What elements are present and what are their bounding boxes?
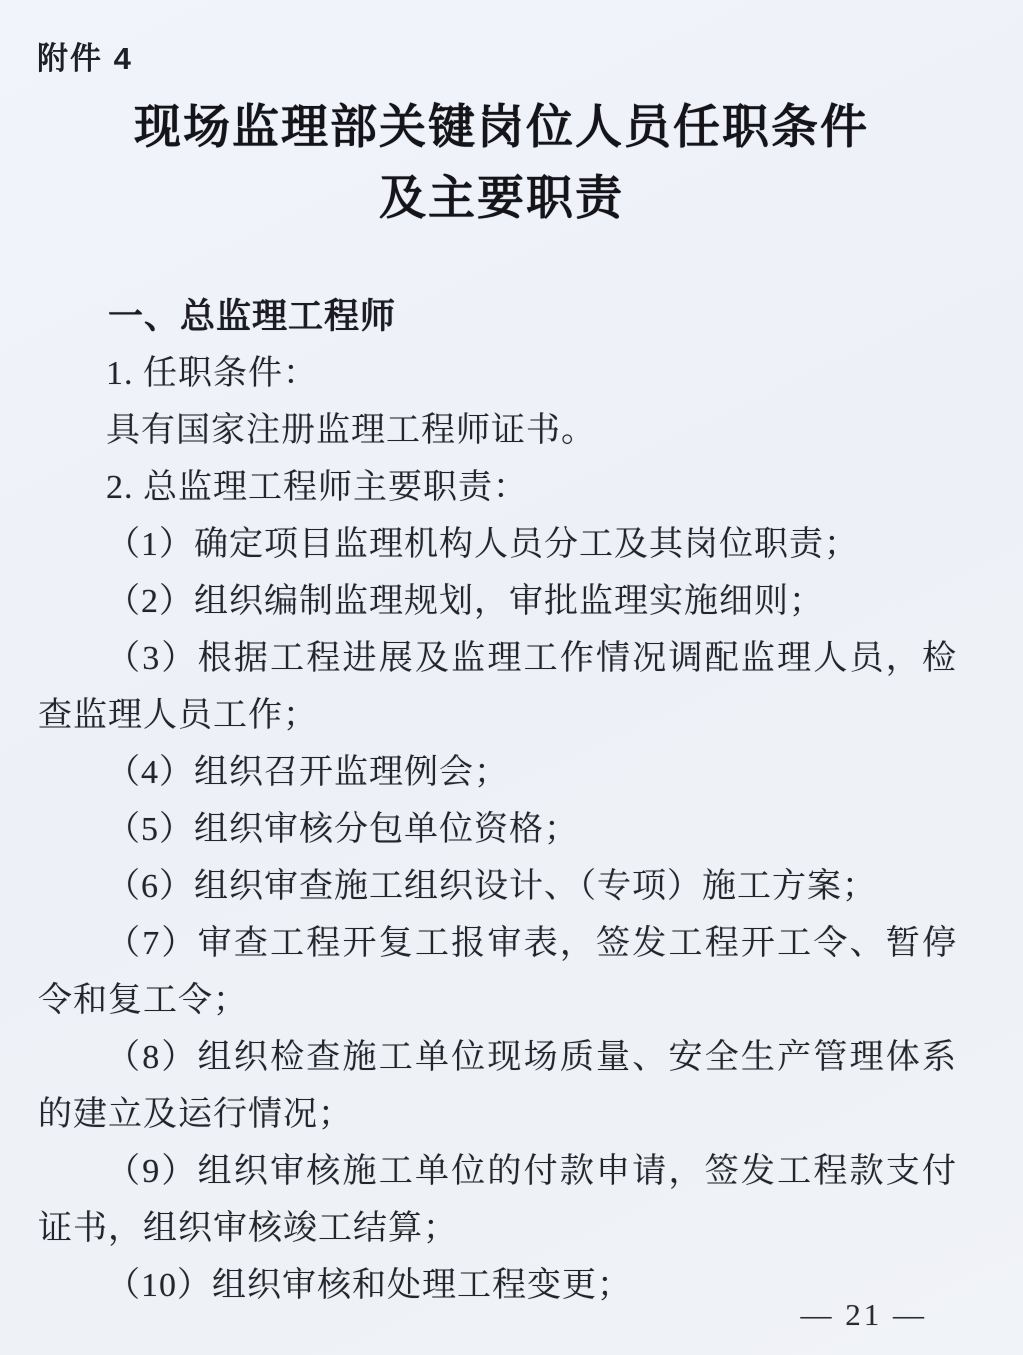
document-title: 现场监理部关键岗位人员任职条件 及主要职责 xyxy=(38,93,965,235)
body-paragraph: （6）组织审查施工组织设计、（专项）施工方案； xyxy=(38,858,957,915)
body-paragraph: （8）组织检查施工单位现场质量、安全生产管理体系的建立及运行情况； xyxy=(38,1029,957,1143)
document-body: 一、总监理工程师 1. 任职条件： 具有国家注册监理工程师证书。 2. 总监理工… xyxy=(38,288,957,1314)
page-number: — 21 — xyxy=(801,1297,928,1333)
body-paragraph: （7）审查工程开复工报审表，签发工程开工令、暂停令和复工令； xyxy=(38,915,957,1029)
body-paragraph: （2）组织编制监理规划，审批监理实施细则； xyxy=(38,573,957,630)
body-paragraph: （1）确定项目监理机构人员分工及其岗位职责； xyxy=(38,516,957,573)
section-heading: 一、总监理工程师 xyxy=(38,288,957,345)
body-paragraph: 2. 总监理工程师主要职责： xyxy=(38,459,957,516)
body-paragraph: （5）组织审核分包单位资格； xyxy=(38,801,957,858)
attachment-label: 附件 4 xyxy=(37,33,133,78)
title-line-1: 现场监理部关键岗位人员任职条件 xyxy=(38,93,965,164)
body-paragraph: （9）组织审核施工单位的付款申请，签发工程款支付证书，组织审核竣工结算； xyxy=(38,1143,957,1257)
title-line-2: 及主要职责 xyxy=(38,164,965,235)
body-paragraph: 具有国家注册监理工程师证书。 xyxy=(38,402,957,459)
body-paragraph: 1. 任职条件： xyxy=(38,345,957,402)
document-page: 附件 4 现场监理部关键岗位人员任职条件 及主要职责 一、总监理工程师 1. 任… xyxy=(0,0,1023,1355)
body-paragraph: （4）组织召开监理例会； xyxy=(38,744,957,801)
body-paragraph: （3）根据工程进展及监理工作情况调配监理人员，检查监理人员工作； xyxy=(38,630,957,744)
